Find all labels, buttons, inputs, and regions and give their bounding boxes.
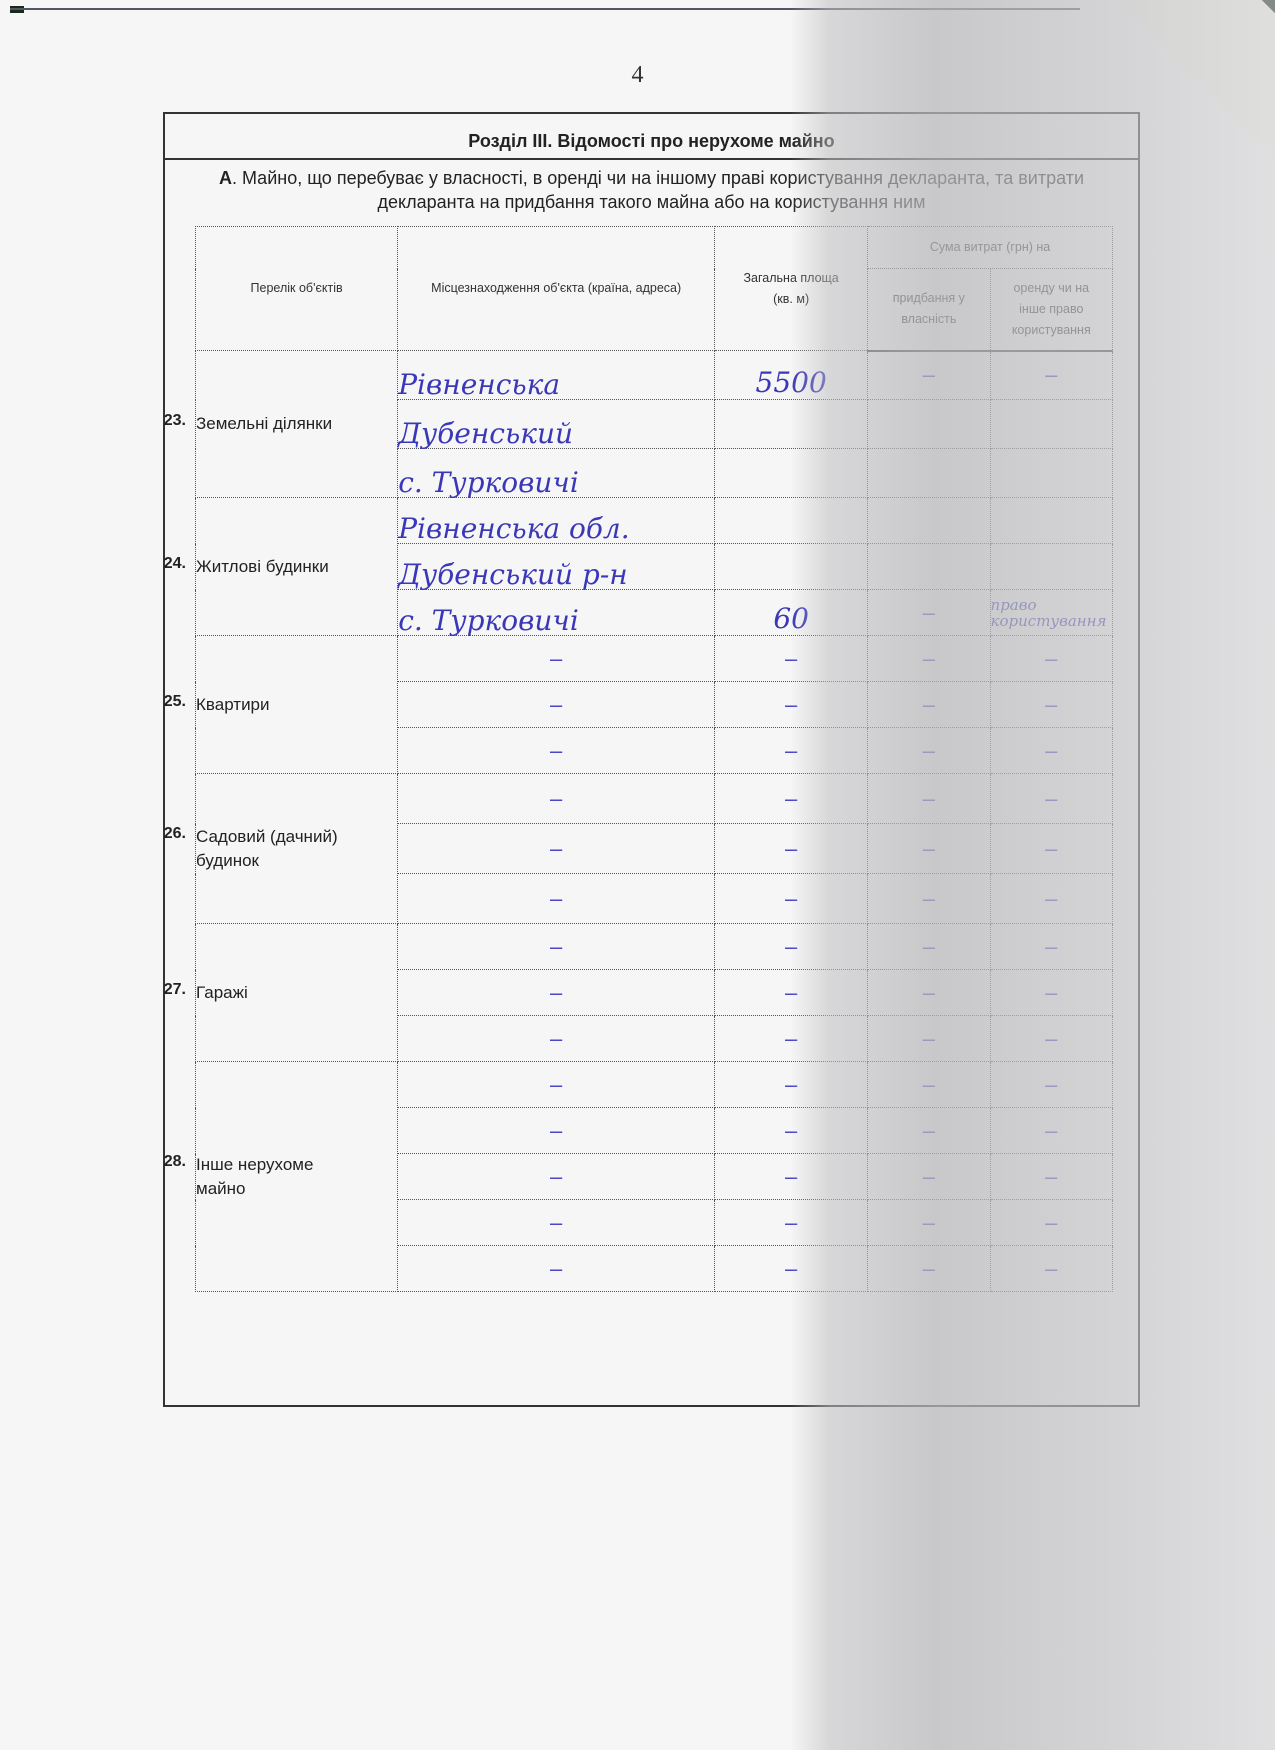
location-cell: – bbox=[398, 1200, 715, 1246]
purchase-cost-cell: – bbox=[868, 728, 990, 774]
category-cell: 26.Садовий (дачний) будинок bbox=[196, 774, 398, 924]
rent-cost-cell: – bbox=[990, 970, 1112, 1016]
purchase-cost-cell: – bbox=[868, 1246, 990, 1292]
area-cell: – bbox=[715, 682, 868, 728]
area-cell: – bbox=[715, 1016, 868, 1062]
category-label: Інше нерухоме майно bbox=[196, 1153, 346, 1201]
location-cell: – bbox=[398, 774, 715, 824]
location-cell: Дубенський bbox=[398, 400, 715, 449]
section-title: Розділ ІІІ. Відомості про нерухоме майно bbox=[165, 124, 1138, 160]
purchase-cost-cell: – bbox=[868, 636, 990, 682]
category-number: 25. bbox=[154, 693, 186, 717]
page-number: 4 bbox=[0, 62, 1275, 89]
rent-cost-cell: – bbox=[990, 874, 1112, 924]
subsection-letter: А bbox=[219, 168, 232, 188]
category-label: Земельні ділянки bbox=[196, 412, 346, 436]
location-cell: – bbox=[398, 874, 715, 924]
purchase-cost-cell: – bbox=[868, 351, 990, 400]
purchase-cost-cell bbox=[868, 449, 990, 498]
area-cell: – bbox=[715, 1154, 868, 1200]
table-row: 24.Житлові будинкиРівненська обл. bbox=[196, 498, 1113, 544]
location-cell: – bbox=[398, 1016, 715, 1062]
location-cell: – bbox=[398, 1108, 715, 1154]
rent-cost-cell: – bbox=[990, 636, 1112, 682]
rent-cost-cell bbox=[990, 498, 1112, 544]
rent-cost-cell: – bbox=[990, 1016, 1112, 1062]
scan-top-edge bbox=[10, 8, 1080, 10]
rent-cost-cell: – bbox=[990, 682, 1112, 728]
location-cell: – bbox=[398, 970, 715, 1016]
area-cell: – bbox=[715, 824, 868, 874]
location-cell: – bbox=[398, 1154, 715, 1200]
rent-cost-cell bbox=[990, 544, 1112, 590]
table-row: 26.Садовий (дачний) будинок–––– bbox=[196, 774, 1113, 824]
real-estate-table: Перелік об'єктів Місцезнаходження об'єкт… bbox=[195, 226, 1113, 1292]
location-cell: – bbox=[398, 682, 715, 728]
location-cell: – bbox=[398, 636, 715, 682]
location-cell: – bbox=[398, 824, 715, 874]
area-cell: – bbox=[715, 1246, 868, 1292]
purchase-cost-cell: – bbox=[868, 590, 990, 636]
area-cell: – bbox=[715, 774, 868, 824]
category-number: 26. bbox=[154, 825, 186, 873]
area-cell bbox=[715, 400, 868, 449]
purchase-cost-cell bbox=[868, 498, 990, 544]
category-cell: 27.Гаражі bbox=[196, 924, 398, 1062]
purchase-cost-cell bbox=[868, 544, 990, 590]
location-cell: с. Турковичі bbox=[398, 590, 715, 636]
subsection-text: . Майно, що перебуває у власності, в оре… bbox=[232, 168, 1084, 212]
purchase-cost-cell: – bbox=[868, 682, 990, 728]
category-label: Садовий (дачний) будинок bbox=[196, 825, 346, 873]
rent-cost-cell: – bbox=[990, 924, 1112, 970]
location-cell: с. Турковичі bbox=[398, 449, 715, 498]
table-body: 23.Земельні ділянкиРівненська5500––Дубен… bbox=[196, 351, 1113, 1292]
purchase-cost-cell: – bbox=[868, 1200, 990, 1246]
area-cell bbox=[715, 544, 868, 590]
rent-cost-cell: – bbox=[990, 1154, 1112, 1200]
area-cell: 60 bbox=[715, 590, 868, 636]
category-label: Житлові будинки bbox=[196, 555, 346, 579]
purchase-cost-cell: – bbox=[868, 1108, 990, 1154]
rent-cost-cell: – bbox=[990, 351, 1112, 400]
area-cell: – bbox=[715, 1062, 868, 1108]
category-cell: 25.Квартири bbox=[196, 636, 398, 774]
category-number: 28. bbox=[154, 1153, 186, 1201]
category-number: 27. bbox=[154, 981, 186, 1005]
area-cell: – bbox=[715, 874, 868, 924]
purchase-cost-cell: – bbox=[868, 774, 990, 824]
rent-cost-cell: – bbox=[990, 1108, 1112, 1154]
area-cell: – bbox=[715, 924, 868, 970]
rent-cost-cell: – bbox=[990, 824, 1112, 874]
purchase-cost-cell: – bbox=[868, 970, 990, 1016]
area-cell: – bbox=[715, 728, 868, 774]
rent-cost-cell: – bbox=[990, 1246, 1112, 1292]
area-cell bbox=[715, 498, 868, 544]
rent-cost-cell: – bbox=[990, 728, 1112, 774]
category-label: Квартири bbox=[196, 693, 346, 717]
category-cell: 28.Інше нерухоме майно bbox=[196, 1062, 398, 1292]
section-frame: Розділ ІІІ. Відомості про нерухоме майно… bbox=[163, 112, 1140, 1407]
category-cell: 24.Житлові будинки bbox=[196, 498, 398, 636]
rent-cost-cell: – bbox=[990, 1200, 1112, 1246]
purchase-cost-cell bbox=[868, 400, 990, 449]
header-expenses: Сума витрат (грн) на bbox=[868, 227, 1113, 269]
category-label: Гаражі bbox=[196, 981, 346, 1005]
rent-cost-cell bbox=[990, 449, 1112, 498]
purchase-cost-cell: – bbox=[868, 1062, 990, 1108]
location-cell: – bbox=[398, 924, 715, 970]
area-cell bbox=[715, 449, 868, 498]
rent-cost-cell bbox=[990, 400, 1112, 449]
header-location: Місцезнаходження об'єкта (країна, адреса… bbox=[398, 227, 715, 351]
location-cell: Рівненська bbox=[398, 351, 715, 400]
category-number: 24. bbox=[154, 555, 186, 579]
purchase-cost-cell: – bbox=[868, 1016, 990, 1062]
location-cell: Рівненська обл. bbox=[398, 498, 715, 544]
header-area: Загальна площа (кв. м) bbox=[715, 227, 868, 351]
table-row: 25.Квартири–––– bbox=[196, 636, 1113, 682]
purchase-cost-cell: – bbox=[868, 824, 990, 874]
area-cell: – bbox=[715, 1108, 868, 1154]
location-cell: – bbox=[398, 1062, 715, 1108]
area-cell: – bbox=[715, 970, 868, 1016]
header-objects: Перелік об'єктів bbox=[196, 227, 398, 351]
area-cell: 5500 bbox=[715, 351, 868, 400]
rent-cost-cell: – bbox=[990, 1062, 1112, 1108]
area-cell: – bbox=[715, 636, 868, 682]
rent-cost-cell: – bbox=[990, 774, 1112, 824]
header-rent: оренду чи на інше право користування bbox=[990, 269, 1112, 351]
subsection-title: А. Майно, що перебуває у власності, в ор… bbox=[165, 166, 1138, 214]
category-number: 23. bbox=[154, 412, 186, 436]
table-row: 27.Гаражі–––– bbox=[196, 924, 1113, 970]
rent-cost-cell: право користування bbox=[990, 590, 1112, 636]
category-cell: 23.Земельні ділянки bbox=[196, 351, 398, 498]
purchase-cost-cell: – bbox=[868, 874, 990, 924]
location-cell: Дубенський р-н bbox=[398, 544, 715, 590]
area-cell: – bbox=[715, 1200, 868, 1246]
table-row: 28.Інше нерухоме майно–––– bbox=[196, 1062, 1113, 1108]
header-purchase: придбання у власність bbox=[868, 269, 990, 351]
purchase-cost-cell: – bbox=[868, 924, 990, 970]
purchase-cost-cell: – bbox=[868, 1154, 990, 1200]
location-cell: – bbox=[398, 728, 715, 774]
location-cell: – bbox=[398, 1246, 715, 1292]
table-row: 23.Земельні ділянкиРівненська5500–– bbox=[196, 351, 1113, 400]
